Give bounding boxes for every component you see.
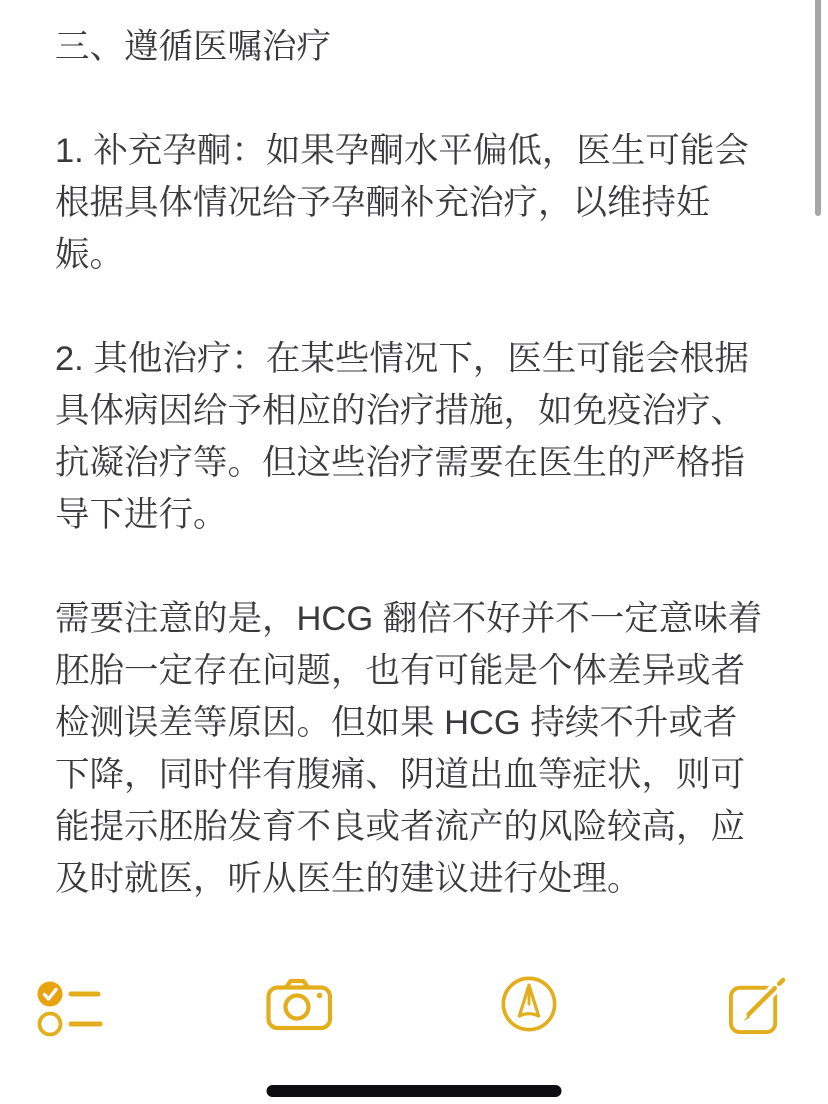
- compose-icon: [726, 973, 789, 1036]
- bottom-toolbar: [0, 966, 828, 1042]
- note-paragraph-1[interactable]: 1. 补充孕酮：如果孕酮水平偏低，医生可能会根据具体情况给予孕酮补充治疗，以维持…: [55, 125, 771, 281]
- camera-icon: [266, 978, 333, 1031]
- scrollbar-thumb[interactable]: [815, 0, 821, 216]
- note-heading[interactable]: 三、遵循医嘱治疗: [55, 21, 771, 73]
- markup-icon: [499, 974, 559, 1034]
- checklist-button[interactable]: [36, 972, 104, 1036]
- note-paragraph-2[interactable]: 2. 其他治疗：在某些情况下，医生可能会根据具体病因给予相应的治疗措施，如免疫治…: [55, 333, 771, 541]
- compose-button[interactable]: [724, 972, 792, 1036]
- note-paragraph-3[interactable]: 需要注意的是，HCG 翻倍不好并不一定意味着胚胎一定存在问题，也有可能是个体差异…: [55, 593, 771, 905]
- camera-button[interactable]: [265, 972, 333, 1036]
- markup-button[interactable]: [495, 972, 563, 1036]
- checklist-icon: [36, 980, 104, 1038]
- note-editor[interactable]: 三、遵循医嘱治疗 1. 补充孕酮：如果孕酮水平偏低，医生可能会根据具体情况给予孕…: [55, 21, 771, 957]
- home-indicator[interactable]: [267, 1085, 562, 1097]
- notes-app-screen: { "note": { "heading": "三、遵循医嘱治疗", "para…: [0, 0, 828, 1104]
